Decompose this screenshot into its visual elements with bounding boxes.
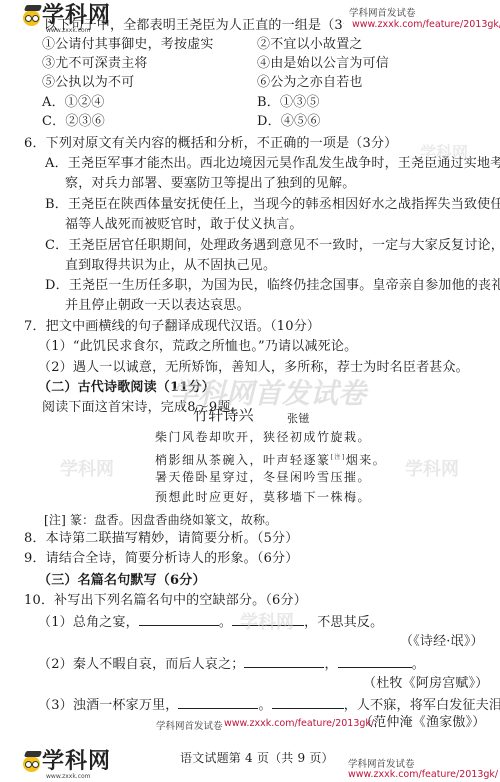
q8-stem: 8．本诗第二联描写精妙，请简要分析。（5分） (24, 530, 298, 547)
q9-stem: 9．请结合全诗，简要分析诗人的形象。（6分） (24, 550, 298, 567)
watermark-header-bottom: 学科网首发试卷 (348, 756, 415, 770)
q10-item-2: （2）秦人不暇自哀，而后人哀之；，。 (38, 655, 425, 673)
watermark-brand-faint-top: 学科网 (420, 140, 468, 163)
poem-line-4: 预想此时应更好，莫移墙下一株梅。 (155, 489, 371, 506)
answer-blank[interactable] (139, 613, 219, 626)
poem-line-1: 柴门风卷却吹开，狭径初成竹旋栽。 (155, 429, 371, 446)
watermark-url-bottom: www.zxxk.com/feature/2013gk/ (348, 769, 498, 780)
q7-sentence-1: （1）“此饥民求食尔，荒政之所恤也。”乃请以减死论。 (38, 338, 357, 355)
answer-blank[interactable] (338, 655, 412, 668)
watermark-brand-faint-left: 学科网 (60, 455, 114, 481)
q10-item-3-source: （范仲淹《渔家傲》） (360, 714, 486, 731)
q6-option-d-line1: D．王尧臣一生历任多职，为国为民，临终仍挂念国事。皇帝亲自参加他的丧礼， (45, 277, 500, 294)
watermark-brand-faint-mid: 学科网 (240, 608, 294, 634)
watermark-header-top: 学科网首发试卷 (349, 5, 416, 19)
logo-site-text: www.zxxk.com (46, 773, 91, 780)
answer-blank[interactable] (178, 696, 258, 709)
poem-line-2: 梢影细从茶碗入，叶声轻逐篆[注]烟来。 (155, 449, 386, 469)
q6-option-b-line1: B．王尧臣在陕西体量安抚使任上，当现今的韩丞相因好水之战指挥失当致使任 (45, 196, 500, 213)
q5-option-6: ⑥公为之亦自若也 (257, 74, 363, 91)
q5-option-1: ①公请付其事御史，考按虚实 (42, 36, 214, 53)
q7-stem: 7．把文中画横线的句子翻译成现代汉语。（10分） (24, 318, 320, 335)
q5-choice-c: C．②③⑥ (42, 113, 105, 130)
note-marker: [注] (331, 454, 346, 461)
q5-option-5: ⑤公执以为不可 (42, 74, 134, 91)
q5-option-3: ③尤不可深责主将 (42, 55, 148, 72)
q5-option-4: ④由是始以公言为可信 (257, 55, 389, 72)
q10-stem: 10．补写出下列名篇名句中的空缺部分。（6分） (24, 592, 307, 609)
q10-item-1-source: （《诗经·氓》） (400, 633, 484, 650)
page-number-label: 语文试题第 4 页（共 9 页） (180, 750, 334, 767)
watermark-brand-faint-right: 学科网 (405, 455, 459, 481)
poem-note: [注] 篆：盘香。因盘香曲绕如篆文，故称。 (44, 512, 277, 529)
q5-choice-d: D．④⑤⑥ (257, 113, 320, 130)
q6-option-a-line2: 察，对兵力部署、要塞防卫等提出了独到的见解。 (65, 175, 355, 192)
mascot-icon (22, 750, 42, 772)
zxxk-logo-bottom: 学科网 www.zxxk.com (22, 750, 111, 774)
watermark-url-mid: www.zxxk.com/feature/2013gk/ (224, 718, 374, 729)
q6-option-b-line2: 福等人战死而被贬官时，敢于仗义执言。 (65, 216, 303, 233)
section-3-heading: （三）名篇名句默写（6分） (38, 572, 206, 589)
watermark-overlay: 学科网首发试卷 (170, 372, 366, 412)
poem-author: 张镃 (287, 410, 309, 427)
q6-option-c-line1: C．王尧臣居官任职期间，处理政务遇到意见不一致时，一定与大家反复讨论， (45, 237, 500, 254)
answer-blank[interactable] (244, 655, 324, 668)
q6-stem: 6．下列对原文有关内容的概括和分析，不正确的一项是（3分） (24, 135, 397, 152)
watermark-url-top: www.zxxk.com/feature/2013gk/ (352, 19, 500, 30)
logo-brand-text: 学科网 (42, 750, 111, 774)
q5-stem: 以下句子中，全都表明王尧臣为人正直的一组是（3分） (44, 17, 344, 34)
q6-option-d-line2: 并且停止朝政一天以表达哀思。 (65, 297, 250, 314)
q6-option-c-line2: 直到取得共识为止，从不固执己见。 (65, 257, 276, 274)
watermark-header-mid: 学科网首发试卷 (156, 718, 223, 732)
q10-item-1: （1）总角之宴，。，不思其反。 (38, 613, 383, 631)
q10-item-3: （3）浊酒一杯家万里，。，人不寐，将军白发征夫泪。 (38, 696, 500, 714)
mascot-icon (22, 4, 42, 26)
q5-choice-a: A．①②④ (42, 94, 104, 111)
q10-item-2-source: （杜牧《阿房宫赋》） (363, 675, 489, 692)
q5-option-2: ②不宜以小故置之 (257, 36, 363, 53)
q5-choice-b: B．①③⑤ (257, 94, 320, 111)
poem-line-3: 暑天倦卧星穿过，冬昼闲吟雪压摧。 (155, 469, 371, 486)
answer-blank[interactable] (272, 696, 344, 709)
